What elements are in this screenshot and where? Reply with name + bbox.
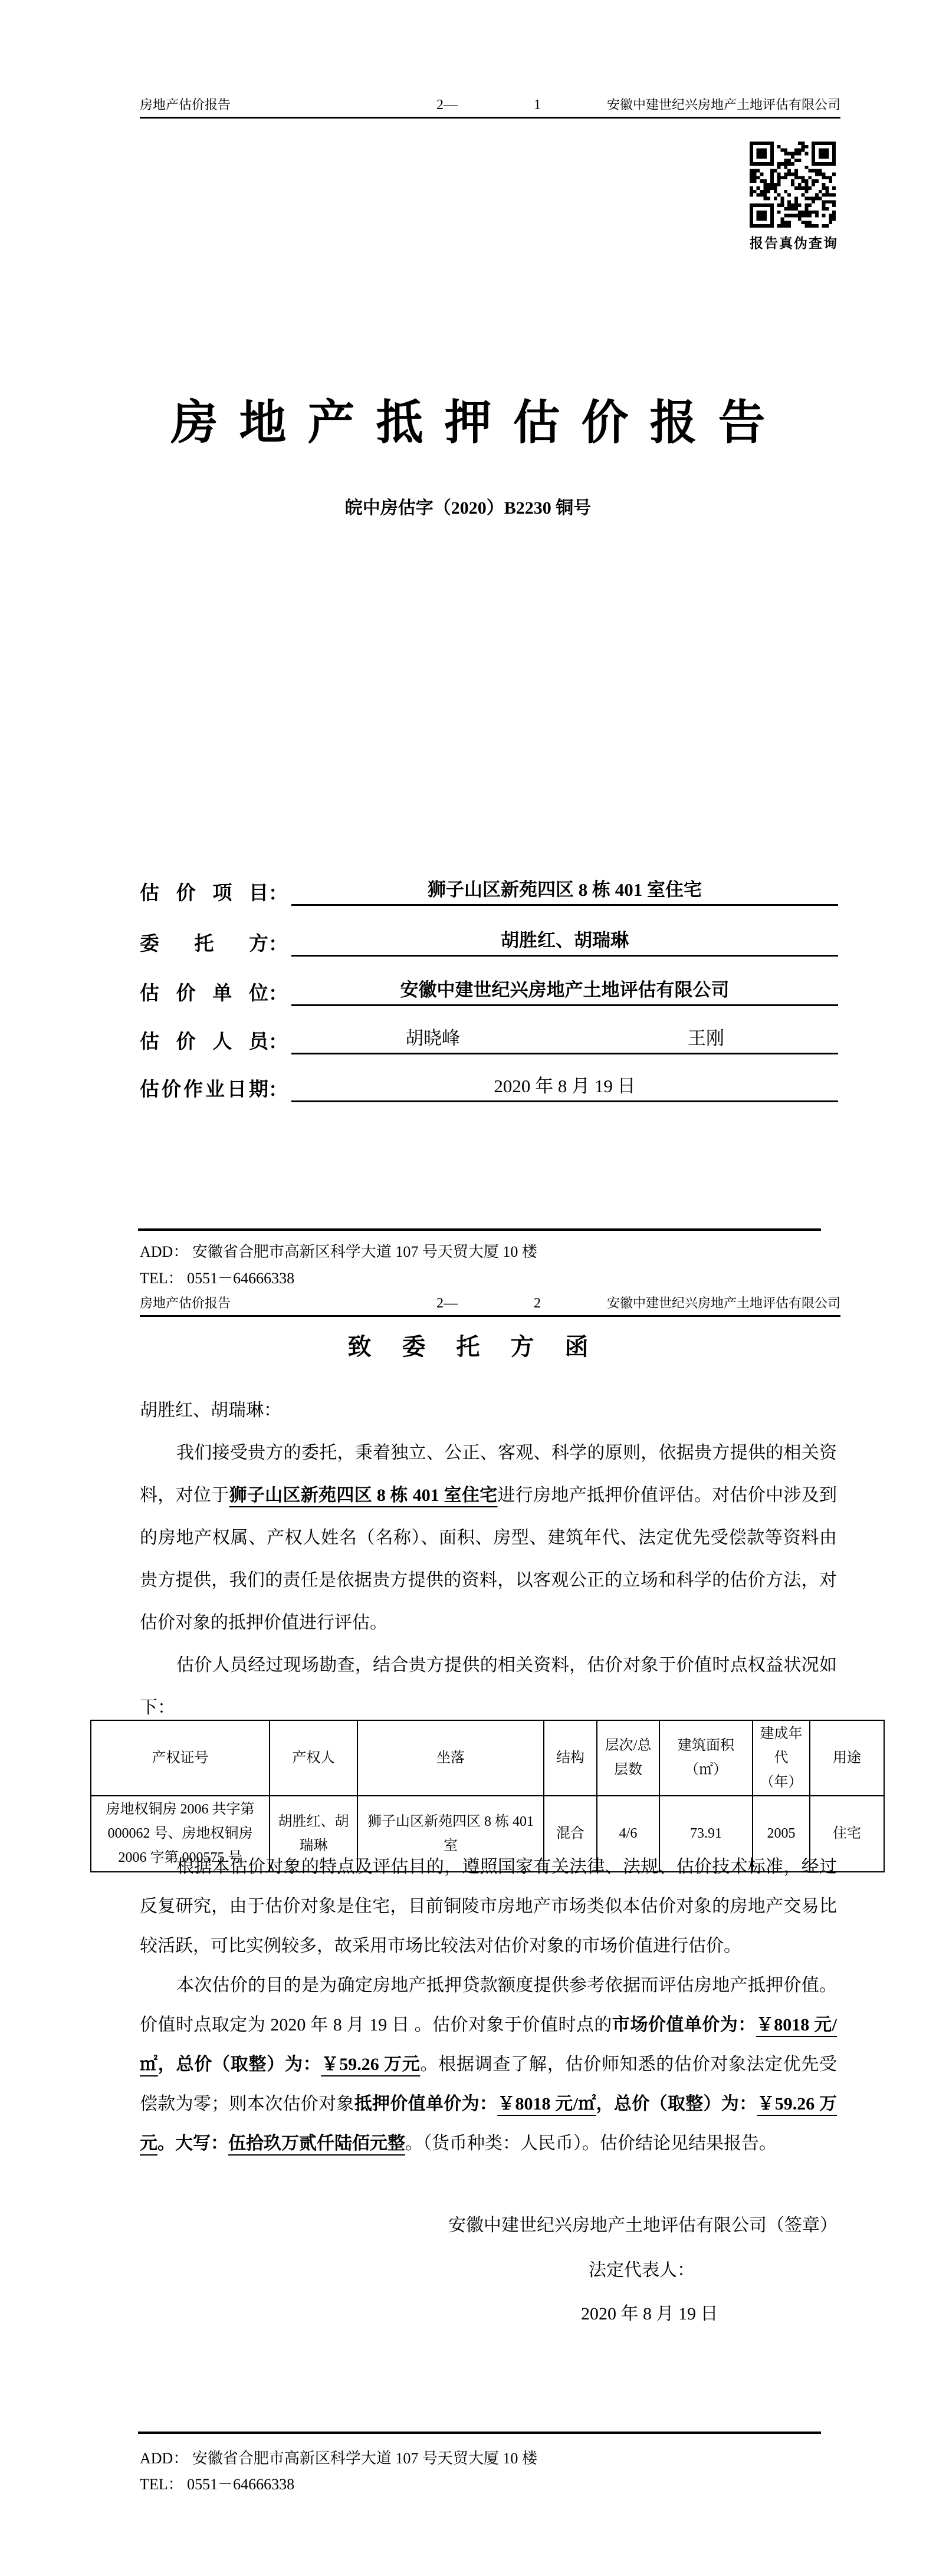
qr-code-image <box>750 140 836 229</box>
header-doc-title: 房地产估价报告 <box>140 95 231 113</box>
appraiser-name: 胡晓峰 <box>405 1024 460 1053</box>
text-run: 伍拾玖万贰仟陆佰元整 <box>228 2134 405 2153</box>
field-colon: ： <box>268 878 288 906</box>
col-header-location: 坐落 <box>357 1720 544 1796</box>
text-run: ￥8018 元/㎡ <box>497 2094 596 2114</box>
header-company: 安徽中建世纪兴房地产土地评估有限公司 <box>607 1293 840 1312</box>
field-row-agency: 估价单位： 安徽中建世纪兴房地产土地评估有限公司 <box>140 973 838 1006</box>
header-page-number: 1 <box>534 97 541 113</box>
signature-date: 2020 年 8 月 19 日 <box>581 2299 718 2325</box>
appraiser-name: 王刚 <box>688 1024 724 1053</box>
footer-telephone: TEL： 0551－64666338 <box>140 1266 294 1288</box>
col-header-floor: 层次/总层数 <box>597 1720 659 1796</box>
text-run: 进行房地产抵押价值评估。对估价中涉及到的房地产权属、产权人姓名（名称）、面积、房… <box>140 1486 837 1632</box>
letter-body-upper: 我们接受贵方的委托，秉着独立、公正、客观、科学的原则，依据贵方提供的相关资料，对… <box>140 1432 837 1729</box>
field-label: 委托方 <box>140 933 268 957</box>
header-company: 安徽中建世纪兴房地产土地评估有限公司 <box>607 95 840 113</box>
field-label: 估价单位 <box>140 983 268 1006</box>
report-title: 房地产抵押估价报告 <box>0 385 936 452</box>
footer-address: ADD： 安徽省合肥市高新区科学大道 107 号天贸大厦 10 楼 <box>140 2446 537 2468</box>
field-colon: ： <box>268 1027 288 1054</box>
col-header-use: 用途 <box>810 1720 884 1796</box>
field-label: 估价作业日期 <box>140 1079 268 1102</box>
footer-address: ADD： 安徽省合肥市高新区科学大道 107 号天贸大厦 10 楼 <box>140 1240 537 1261</box>
text-run: 估价人员经过现场勘查，结合贵方提供的相关资料，估价对象于价值时点权益状况如下： <box>140 1655 837 1717</box>
field-value: 狮子山区新苑四区 8 栋 401 室住宅 <box>291 876 838 906</box>
header-page-number: 2 <box>534 1296 541 1312</box>
text-run: ，总价（取整）为： <box>596 2094 757 2114</box>
signature-company: 安徽中建世纪兴房地产土地评估有限公司（签章） <box>448 2210 838 2236</box>
header-page-total: 2— <box>436 1296 458 1312</box>
field-row-client: 委托方： 胡胜红、胡瑞琳 <box>140 924 838 957</box>
field-row-date: 估价作业日期： 2020 年 8 月 19 日 <box>140 1069 838 1102</box>
page2-footer-rule <box>138 2432 821 2434</box>
field-label: 估价人员 <box>140 1031 268 1054</box>
letter-title: 致委托方函 <box>0 1328 936 1362</box>
paragraph: 根据本估价对象的特点及评估目的，遵照国家有关法律、法规、估价技术标准，经过反复研… <box>140 1847 837 1966</box>
report-document: 房地产估价报告 2— 1 安徽中建世纪兴房地产土地评估有限公司 报告真伪查询 房… <box>0 0 936 2576</box>
table-header-row: 产权证号 产权人 坐落 结构 层次/总层数 建筑面积（㎡） 建成年代（年） 用途 <box>91 1720 884 1796</box>
text-run: 根据本估价对象的特点及评估目的，遵照国家有关法律、法规、估价技术标准，经过反复研… <box>140 1857 837 1956</box>
text-run: 市场价值单价为： <box>612 2015 756 2035</box>
report-doc-number: 皖中房估字（2020）B2230 铜号 <box>0 493 936 519</box>
header-doc-title: 房地产估价报告 <box>140 1293 231 1312</box>
field-row-appraisers: 估价人员： 胡晓峰 王刚 <box>140 1021 838 1054</box>
field-value: 2020 年 8 月 19 日 <box>291 1072 838 1102</box>
text-run: ，总价（取整）为： <box>158 2055 321 2074</box>
field-colon: ： <box>268 1075 288 1102</box>
footer-telephone: TEL： 0551－64666338 <box>140 2472 294 2494</box>
col-header-area: 建筑面积（㎡） <box>659 1720 753 1796</box>
col-header-owner: 产权人 <box>270 1720 357 1796</box>
paragraph: 本次估价的目的是为确定房地产抵押贷款额度提供参考依据而评估房地产抵押价值。价值时… <box>140 1966 837 2163</box>
text-run: 狮子山区新苑四区 8 栋 401 室住宅 <box>229 1486 498 1505</box>
field-value: 安徽中建世纪兴房地产土地评估有限公司 <box>291 976 838 1006</box>
col-header-cert-no: 产权证号 <box>91 1720 270 1796</box>
page2-running-header: 房地产估价报告 2— 2 安徽中建世纪兴房地产土地评估有限公司 <box>140 1299 840 1317</box>
header-page-total: 2— <box>436 97 458 113</box>
field-row-project: 估价项目： 狮子山区新苑四区 8 栋 401 室住宅 <box>140 873 838 906</box>
col-header-structure: 结构 <box>544 1720 597 1796</box>
qr-code-block: 报告真伪查询 <box>750 140 836 252</box>
text-run: 。（货币种类：人民币）。估价结论见结果报告。 <box>405 2134 777 2153</box>
field-colon: ： <box>268 929 288 957</box>
qr-caption: 报告真伪查询 <box>750 232 836 252</box>
field-label: 估价项目 <box>140 882 268 906</box>
paragraph: 我们接受贵方的委托，秉着独立、公正、客观、科学的原则，依据贵方提供的相关资料，对… <box>140 1432 837 1644</box>
text-run: 抵押价值单价为： <box>354 2094 497 2114</box>
text-run: ￥59.26 万元 <box>321 2055 421 2074</box>
text-run: 。大写： <box>157 2134 228 2153</box>
field-colon: ： <box>268 978 288 1006</box>
letter-salutation: 胡胜红、胡瑞琳： <box>140 1395 281 1421</box>
paragraph: 估价人员经过现场勘查，结合贵方提供的相关资料，估价对象于价值时点权益状况如下： <box>140 1644 837 1729</box>
field-value: 胡晓峰 王刚 <box>291 1024 838 1054</box>
col-header-year: 建成年代（年） <box>753 1720 810 1796</box>
signature-legal-representative: 法定代表人： <box>589 2255 695 2281</box>
field-value: 胡胜红、胡瑞琳 <box>291 926 838 957</box>
page1-footer-rule <box>138 1228 821 1231</box>
letter-body-lower: 根据本估价对象的特点及评估目的，遵照国家有关法律、法规、估价技术标准，经过反复研… <box>140 1847 837 2163</box>
page1-running-header: 房地产估价报告 2— 1 安徽中建世纪兴房地产土地评估有限公司 <box>140 97 840 119</box>
